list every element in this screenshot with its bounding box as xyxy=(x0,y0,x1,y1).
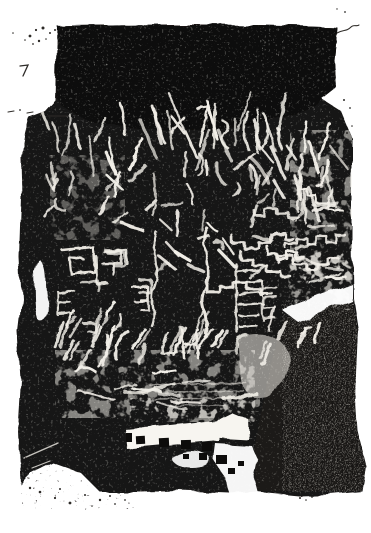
building-window xyxy=(159,438,169,448)
building-window xyxy=(181,440,191,449)
inscription-stroke xyxy=(235,119,236,146)
inscription-stroke xyxy=(236,264,237,332)
inscription-stroke xyxy=(308,226,334,227)
building-window xyxy=(202,442,212,451)
inscribed-rock-photo xyxy=(0,0,371,533)
inscription-stroke xyxy=(172,402,199,403)
scanned-photo-page xyxy=(0,0,371,533)
inscription-stroke xyxy=(305,121,307,151)
bottom-speckle-trail xyxy=(20,455,135,510)
inscription-stroke xyxy=(214,104,215,148)
building-window xyxy=(136,436,145,444)
inscription-stroke xyxy=(304,189,305,222)
inscription-stroke xyxy=(257,110,258,152)
inscription-stroke xyxy=(154,398,243,399)
inscription-stroke xyxy=(159,393,179,395)
building-window xyxy=(126,433,132,442)
inscription-stroke xyxy=(158,391,244,392)
